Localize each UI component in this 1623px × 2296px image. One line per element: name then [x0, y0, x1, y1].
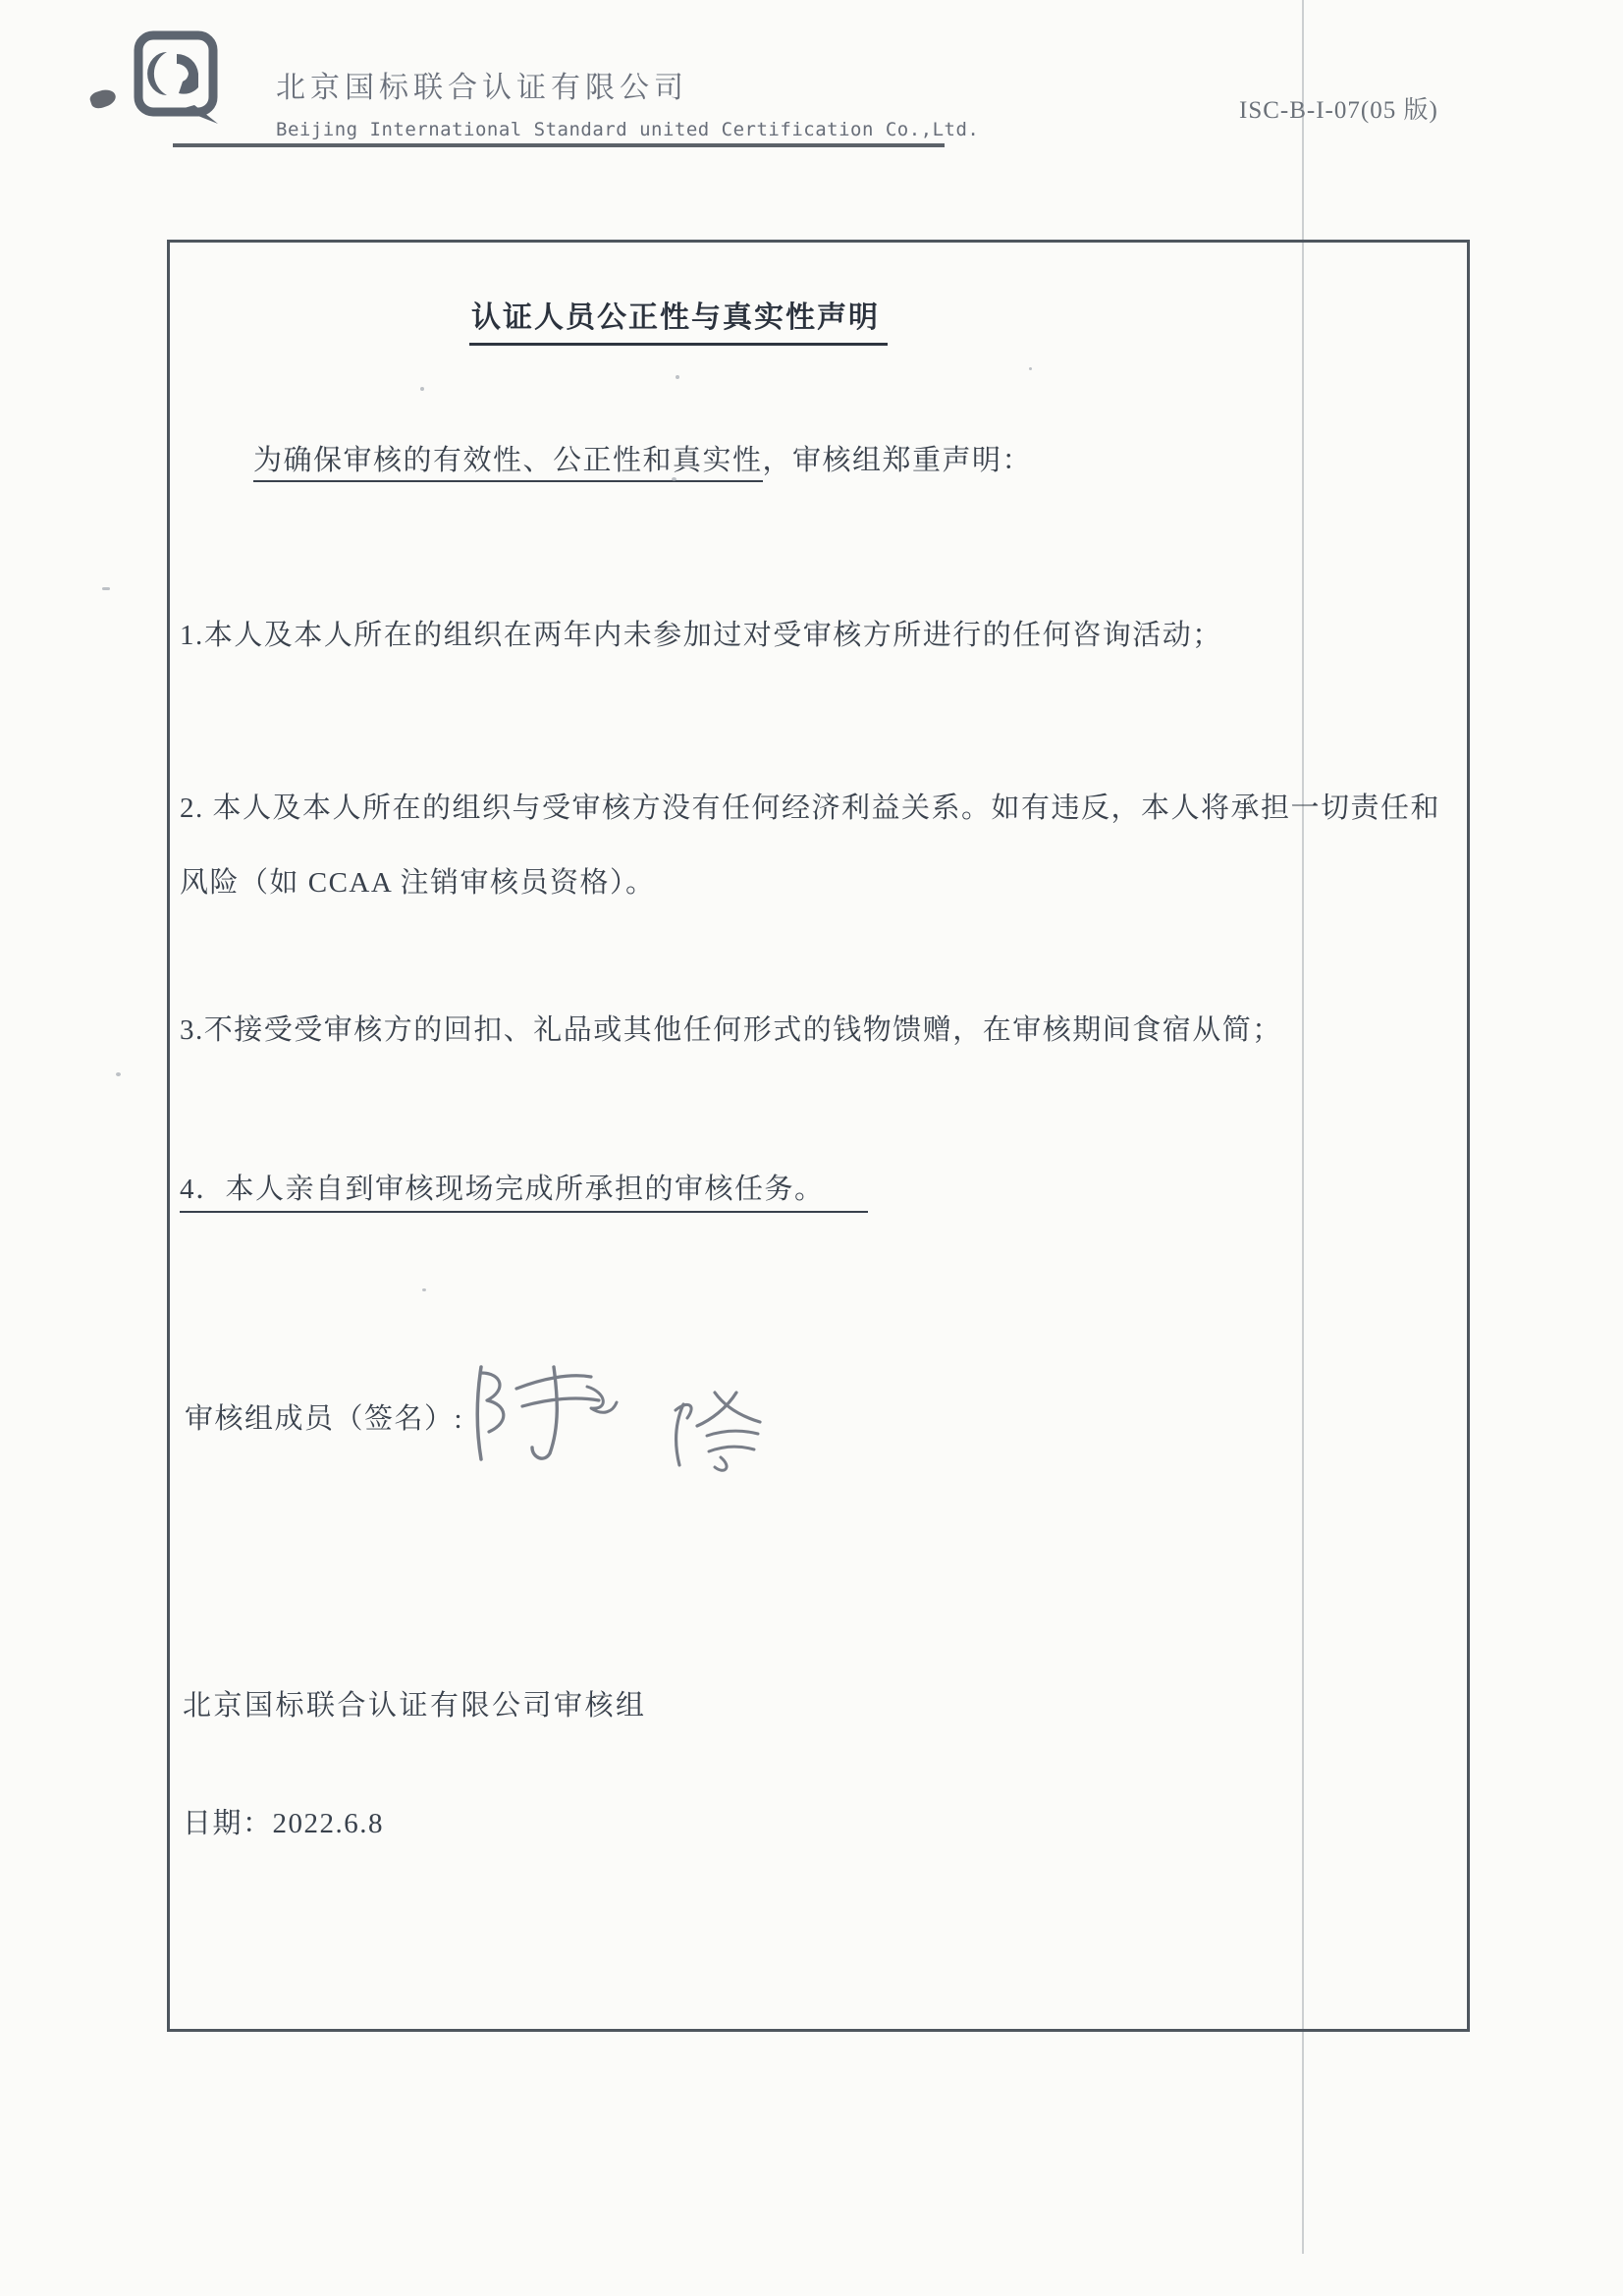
- date-line: 日期：2022.6.8: [183, 1805, 384, 1842]
- declaration-item-2-line-2: 风险（如 CCAA 注销审核员资格）。: [180, 864, 655, 902]
- scan-speck: [116, 1072, 121, 1076]
- declaration-item-2-line-1: 2. 本人及本人所在的组织与受审核方没有任何经济利益关系。如有违反，本人将承担一…: [180, 790, 1440, 827]
- scan-smudge: [88, 86, 118, 110]
- certification-emblem-icon: [134, 30, 220, 125]
- intro-rest-text: ，审核组郑重声明：: [763, 445, 1033, 476]
- intro-underlined-text: 为确保审核的有效性、公正性和真实性: [253, 445, 763, 482]
- scan-speck: [672, 477, 676, 481]
- scan-speck: [1029, 367, 1032, 370]
- scan-speck: [422, 1288, 426, 1291]
- declaration-intro: 为确保审核的有效性、公正性和真实性，审核组郑重声明：: [253, 442, 1032, 479]
- scan-speck: [420, 387, 424, 391]
- date-value: 2022.6.8: [273, 1808, 385, 1839]
- handwritten-signature-2: [664, 1377, 791, 1480]
- audit-team-org: 北京国标联合认证有限公司审核组: [183, 1687, 647, 1724]
- document-code: ISC-B-I-07(05 版): [1239, 90, 1438, 126]
- document-page: 北京国标联合认证有限公司 Beijing International Stand…: [0, 0, 1623, 2296]
- company-name-en: Beijing International Standard united Ce…: [276, 119, 979, 140]
- declaration-item-4: 4．本人亲自到审核现场完成所承担的审核任务。: [180, 1171, 868, 1208]
- scan-speck: [102, 587, 110, 590]
- date-label: 日期：: [183, 1808, 273, 1839]
- declaration-item-1: 1.本人及本人所在的组织在两年内未参加过对受审核方所进行的任何咨询活动；: [180, 617, 1222, 654]
- declaration-title: 认证人员公正性与真实性声明: [469, 293, 888, 346]
- declaration-box: [167, 240, 1470, 2032]
- declaration-item-3: 3.不接受受审核方的回扣、礼品或其他任何形式的钱物馈赠，在审核期间食宿从简；: [180, 1011, 1282, 1049]
- scan-speck: [676, 375, 679, 379]
- company-name-cn: 北京国标联合认证有限公司: [276, 63, 688, 106]
- header-divider: [173, 143, 945, 147]
- signature-label: 审核组成员（签名）:: [185, 1400, 463, 1438]
- handwritten-signature-1: [460, 1353, 646, 1471]
- item-4-underlined-text: 4．本人亲自到审核现场完成所承担的审核任务。: [180, 1174, 868, 1213]
